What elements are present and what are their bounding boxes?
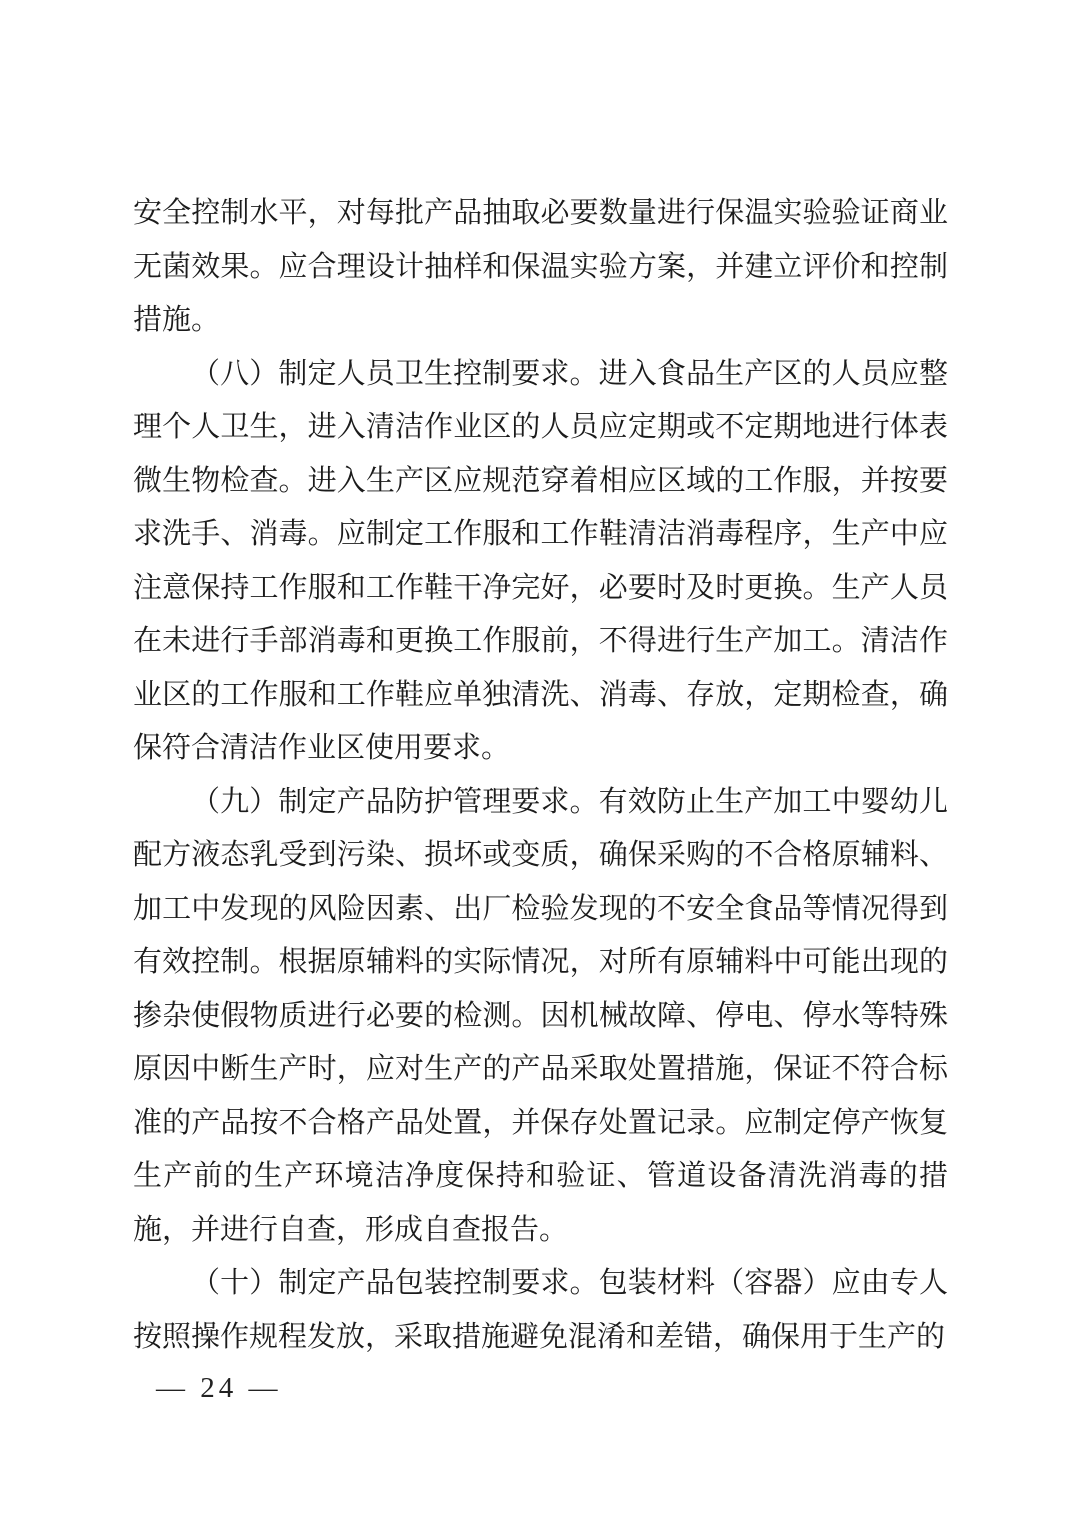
paragraph-item-8: （八）制定人员卫生控制要求。进入食品生产区的人员应整理个人卫生，进入清洁作业区的…: [133, 348, 948, 776]
paragraph-item-10: （十）制定产品包装控制要求。包装材料（容器）应由专人按照操作规程发放，采取措施避…: [133, 1257, 948, 1364]
paragraph-continuation: 安全控制水平，对每批产品抽取必要数量进行保温实验验证商业无菌效果。应合理设计抽样…: [133, 187, 948, 348]
document-page: 安全控制水平，对每批产品抽取必要数量进行保温实验验证商业无菌效果。应合理设计抽样…: [0, 0, 1080, 1527]
page-number: — 24 —: [156, 1368, 282, 1408]
document-body: 安全控制水平，对每批产品抽取必要数量进行保温实验验证商业无菌效果。应合理设计抽样…: [133, 187, 948, 1364]
paragraph-item-9: （九）制定产品防护管理要求。有效防止生产加工中婴幼儿配方液态乳受到污染、损坏或变…: [133, 776, 948, 1258]
